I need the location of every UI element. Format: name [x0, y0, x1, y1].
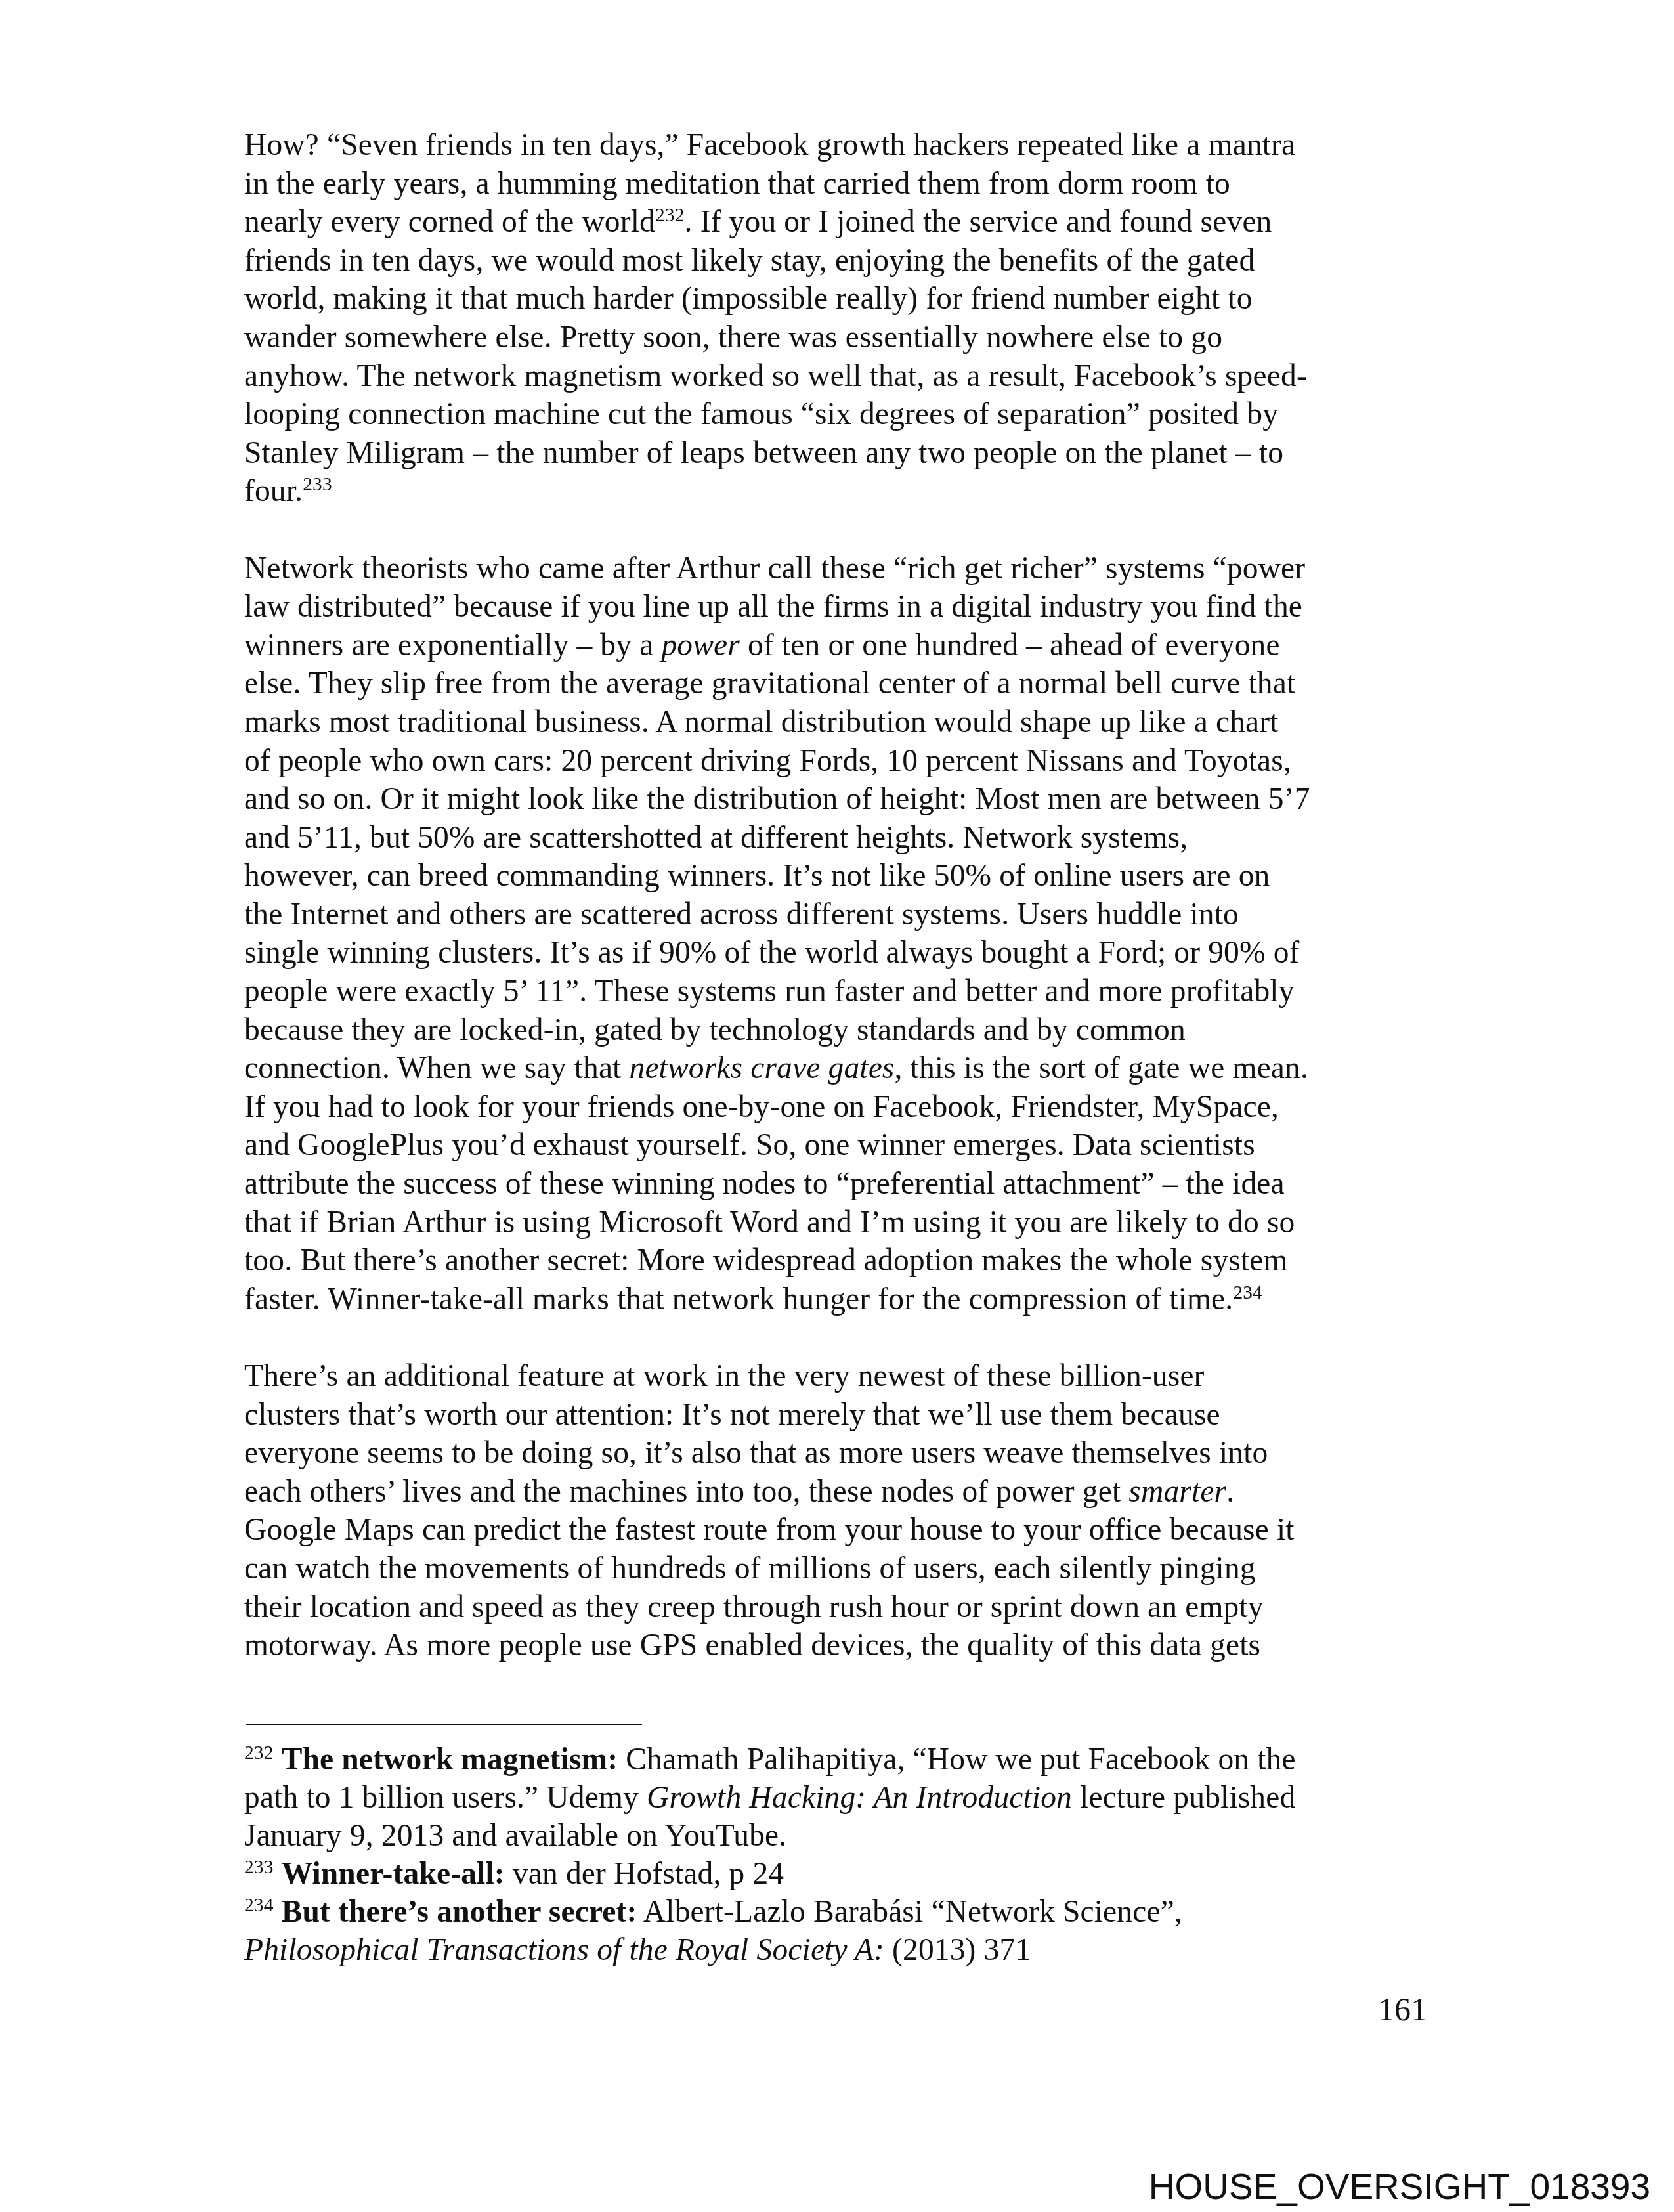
- text-line: and GooglePlus you’d exhaust yourself. S…: [244, 1126, 1426, 1165]
- text-line: anyhow. The network magnetism worked so …: [244, 357, 1426, 396]
- text-segment: .: [1226, 1475, 1234, 1509]
- emphasis-text: power: [661, 628, 740, 662]
- text-line: Stanley Miligram – the number of leaps b…: [244, 434, 1426, 473]
- text-line: and so on. Or it might look like the dis…: [244, 780, 1426, 819]
- text-segment: of ten or one hundred – ahead of everyon…: [740, 628, 1280, 662]
- text-segment: four.: [244, 474, 303, 508]
- footnote-234-line2: Philosophical Transactions of the Royal …: [244, 1931, 1426, 1969]
- text-line: because they are locked-in, gated by tec…: [244, 1011, 1426, 1050]
- text-line: the Internet and others are scattered ac…: [244, 896, 1426, 934]
- text-line: motorway. As more people use GPS enabled…: [244, 1626, 1426, 1665]
- footnote-number: 233: [244, 1857, 274, 1878]
- footnote-232: 232 The network magnetism: Chamath Palih…: [244, 1741, 1426, 1779]
- text-line: people were exactly 5’ 11”. These system…: [244, 972, 1426, 1011]
- footnote-ref-232[interactable]: 232: [655, 205, 685, 226]
- footnote-separator: [246, 1724, 642, 1725]
- bates-stamp: HOUSE_OVERSIGHT_018393: [1149, 2167, 1650, 2206]
- text-line: everyone seems to be doing so, it’s also…: [244, 1434, 1426, 1473]
- paragraph-1: How? “Seven friends in ten days,” Facebo…: [244, 126, 1426, 511]
- paragraph-2: Network theorists who came after Arthur …: [244, 550, 1426, 1319]
- text-line: If you had to look for your friends one-…: [244, 1088, 1426, 1127]
- footnote-233: 233 Winner-take-all: van der Hofstad, p …: [244, 1855, 1426, 1893]
- text-line: friends in ten days, we would most likel…: [244, 242, 1426, 280]
- text-line: in the early years, a humming meditation…: [244, 165, 1426, 204]
- text-line: single winning clusters. It’s as if 90% …: [244, 934, 1426, 972]
- text-line: clusters that’s worth our attention: It’…: [244, 1396, 1426, 1435]
- footnote-232-line2: path to 1 billion users.” Udemy Growth H…: [244, 1779, 1426, 1817]
- footnote-italic: Growth Hacking: An Introduction: [647, 1781, 1072, 1815]
- text-line: looping connection machine cut the famou…: [244, 395, 1426, 434]
- text-line: faster. Winner-take-all marks that netwo…: [244, 1280, 1426, 1319]
- text-line: each others’ lives and the machines into…: [244, 1473, 1426, 1511]
- text-segment: faster. Winner-take-all marks that netwo…: [244, 1282, 1233, 1316]
- text-line: else. They slip free from the average gr…: [244, 664, 1426, 703]
- text-line: their location and speed as they creep t…: [244, 1588, 1426, 1627]
- text-line: and 5’11, but 50% are scattershotted at …: [244, 819, 1426, 857]
- text-line: four.233: [244, 472, 1426, 511]
- text-line: too. But there’s another secret: More wi…: [244, 1242, 1426, 1280]
- text-segment: . If you or I joined the service and fou…: [685, 205, 1272, 239]
- footnote-232-line3: January 9, 2013 and available on YouTube…: [244, 1817, 1426, 1855]
- text-line: There’s an additional feature at work in…: [244, 1357, 1426, 1396]
- text-line: can watch the movements of hundreds of m…: [244, 1550, 1426, 1588]
- footnote-234: 234 But there’s another secret: Albert-L…: [244, 1893, 1426, 1931]
- text-line: How? “Seven friends in ten days,” Facebo…: [244, 126, 1426, 165]
- text-line: world, making it that much harder (impos…: [244, 280, 1426, 318]
- text-line: of people who own cars: 20 percent drivi…: [244, 742, 1426, 781]
- footnote-text: path to 1 billion users.” Udemy: [244, 1781, 647, 1815]
- footnote-ref-233[interactable]: 233: [303, 474, 332, 495]
- text-line: however, can breed commanding winners. I…: [244, 857, 1426, 896]
- footnote-text: Albert-Lazlo Barabási “Network Science”,: [637, 1895, 1182, 1929]
- text-line: winners are exponentially – by a power o…: [244, 626, 1426, 665]
- page-number: 161: [1352, 1991, 1427, 2028]
- footnote-title: But there’s another secret:: [282, 1895, 637, 1929]
- text-segment: , this is the sort of gate we mean.: [895, 1051, 1309, 1085]
- footnote-text: lecture published: [1072, 1781, 1295, 1815]
- text-segment: winners are exponentially – by a: [244, 628, 661, 662]
- text-segment: connection. When we say that: [244, 1051, 629, 1085]
- text-line: law distributed” because if you line up …: [244, 588, 1426, 626]
- document-page: How? “Seven friends in ten days,” Facebo…: [0, 0, 1674, 2212]
- text-line: Network theorists who came after Arthur …: [244, 550, 1426, 588]
- text-line: Google Maps can predict the fastest rout…: [244, 1511, 1426, 1550]
- footnote-number: 232: [244, 1743, 274, 1764]
- text-line: that if Brian Arthur is using Microsoft …: [244, 1204, 1426, 1242]
- footnote-text: (2013) 371: [884, 1933, 1031, 1967]
- footnote-ref-234[interactable]: 234: [1233, 1282, 1262, 1303]
- text-line: connection. When we say that networks cr…: [244, 1049, 1426, 1088]
- text-line: nearly every corned of the world232. If …: [244, 203, 1426, 242]
- footnote-italic: Philosophical Transactions of the Royal …: [244, 1933, 884, 1967]
- text-segment: nearly every corned of the world: [244, 205, 655, 239]
- text-segment: each others’ lives and the machines into…: [244, 1475, 1128, 1509]
- footnote-number: 234: [244, 1895, 274, 1916]
- text-line: attribute the success of these winning n…: [244, 1165, 1426, 1204]
- footnote-title: The network magnetism:: [282, 1743, 618, 1777]
- footnote-title: Winner-take-all:: [282, 1857, 505, 1891]
- text-line: marks most traditional business. A norma…: [244, 703, 1426, 742]
- footnotes: 232 The network magnetism: Chamath Palih…: [244, 1741, 1426, 1969]
- body-text: How? “Seven friends in ten days,” Facebo…: [244, 126, 1426, 1665]
- emphasis-text: smarter: [1128, 1475, 1226, 1509]
- text-line: wander somewhere else. Pretty soon, ther…: [244, 318, 1426, 357]
- paragraph-3: There’s an additional feature at work in…: [244, 1357, 1426, 1665]
- footnote-text: van der Hofstad, p 24: [505, 1857, 784, 1891]
- footnote-text: Chamath Palihapitiya, “How we put Facebo…: [618, 1743, 1295, 1777]
- emphasis-text: networks crave gates: [629, 1051, 894, 1085]
